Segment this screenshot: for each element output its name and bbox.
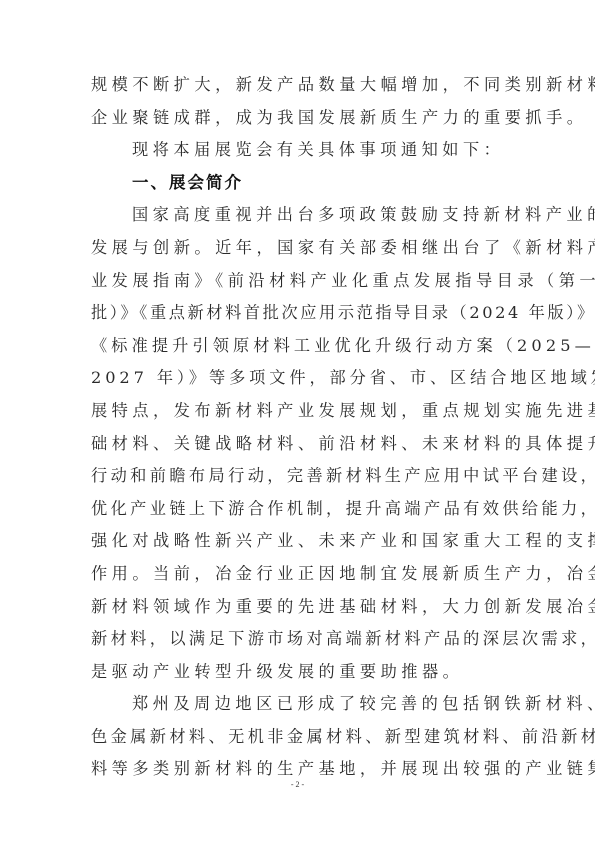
paragraph-line: 新材料领域作为重要的先进基础材料，大力创新发展冶金	[91, 591, 505, 624]
paragraph-line: 企业聚链成群，成为我国发展新质生产力的重要抓手。	[91, 102, 505, 135]
paragraph-line: 新材料，以满足下游市场对高端新材料产品的深层次需求，	[91, 623, 505, 656]
paragraph-line: 色金属新材料、无机非金属材料、新型建筑材料、前沿新材	[91, 721, 505, 754]
paragraph-line: 作用。当前，冶金行业正因地制宜发展新质生产力，冶金	[91, 558, 505, 591]
paragraph-line: 规模不断扩大，新发产品数量大幅增加，不同类别新材料	[91, 69, 505, 102]
paragraph-line: 发展与创新。近年，国家有关部委相继出台了《新材料产	[91, 232, 505, 265]
notice-intro-line: 现将本届展览会有关具体事项通知如下：	[91, 134, 505, 167]
body-text: 规模不断扩大，新发产品数量大幅增加，不同类别新材料 企业聚链成群，成为我国发展新…	[91, 69, 505, 786]
paragraph-line: 优化产业链上下游合作机制，提升高端产品有效供给能力，	[91, 493, 505, 526]
paragraph-line: 郑州及周边地区已形成了较完善的包括钢铁新材料、有	[91, 688, 505, 721]
document-page: 规模不断扩大，新发产品数量大幅增加，不同类别新材料 企业聚链成群，成为我国发展新…	[0, 0, 595, 841]
paragraph-line: 《标准提升引领原材料工业优化升级行动方案（2025—	[91, 330, 505, 363]
paragraph-line: 展特点，发布新材料产业发展规划，重点规划实施先进基	[91, 395, 505, 428]
page-number: - 2 -	[0, 780, 595, 789]
paragraph-line: 业发展指南》《前沿材料产业化重点发展指导目录（第一	[91, 265, 505, 298]
paragraph-line: 2027 年）》等多项文件，部分省、市、区结合地区地域发	[91, 362, 505, 395]
paragraph-line: 国家高度重视并出台多项政策鼓励支持新材料产业的	[91, 199, 505, 232]
paragraph-line: 础材料、关键战略材料、前沿材料、未来材料的具体提升	[91, 428, 505, 461]
paragraph-line: 是驱动产业转型升级发展的重要助推器。	[91, 656, 505, 689]
section-heading: 一、展会简介	[91, 167, 505, 200]
paragraph-line: 强化对战略性新兴产业、未来产业和国家重大工程的支撑	[91, 525, 505, 558]
paragraph-line: 行动和前瞻布局行动，完善新材料生产应用中试平台建设，	[91, 460, 505, 493]
paragraph-line: 批）》《重点新材料首批次应用示范指导目录（2024 年版）》	[91, 297, 505, 330]
